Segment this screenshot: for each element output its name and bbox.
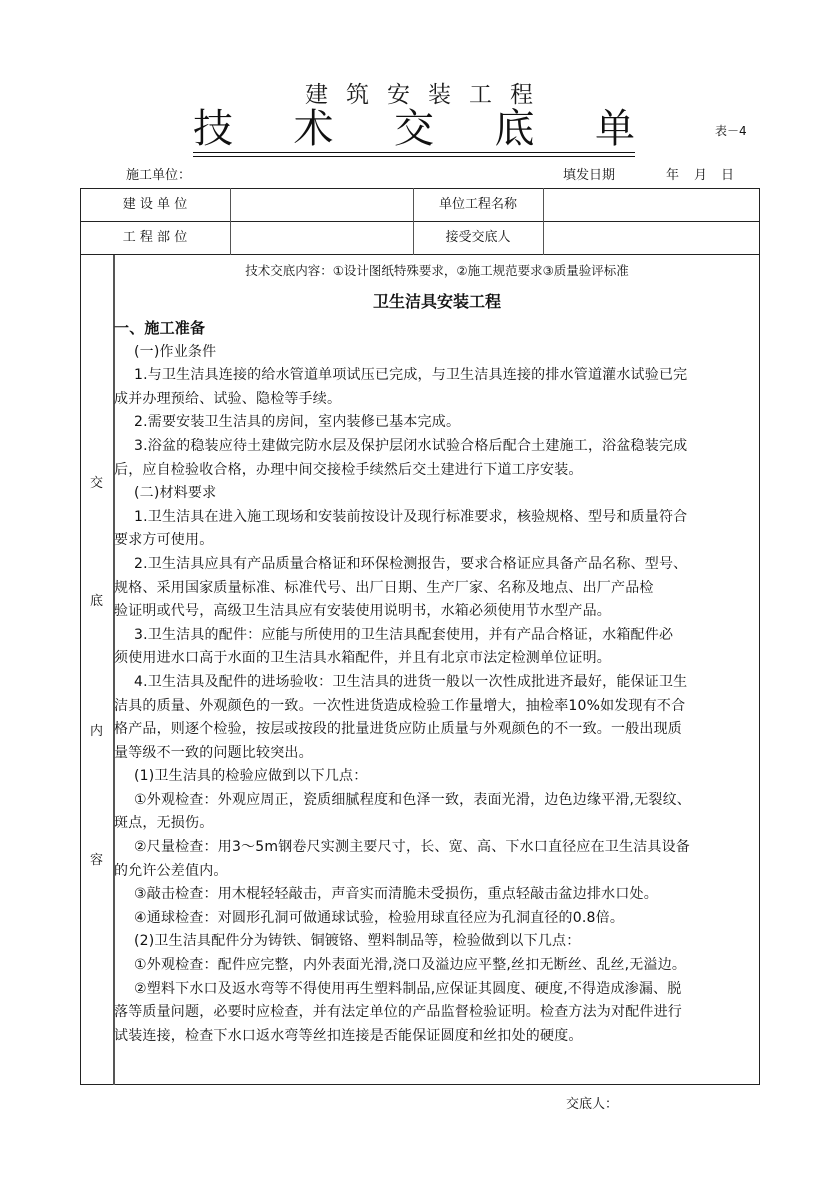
content-line: 3.浴盆的稳装应待土建做完防水层及保护层闭水试验合格后配合土建施工，浴盆稳装完成 (114, 435, 760, 459)
project-part-label: 工 程 部 位 (80, 221, 230, 255)
content-line: ②塑料下水口及返水弯等不得使用再生塑料制品,应保证其圆度、硬度,不得造成渗漏、脱 (114, 978, 760, 1002)
content-line: ④通球检查：对圆形孔洞可做通球试验，检验用球直径应为孔洞直径的0.8倍。 (114, 907, 760, 931)
side-label: 交 (80, 472, 113, 491)
construction-unit-label: 施工单位： (126, 164, 191, 183)
content-line: ①外观检查：外观应周正，瓷质细腻程度和色泽一致，表面光滑，边色边缘平滑,无裂纹、 (114, 789, 760, 813)
content-intro: 技术交底内容：①设计图纸特殊要求，②施工规范要求③质量验评标准 (114, 261, 760, 279)
content-line: 的允许公差值内。 (114, 860, 760, 884)
content-line: (二)材料要求 (114, 482, 760, 506)
side-label: 内 (80, 720, 113, 739)
document-title: 技 术 交 底 单 (193, 106, 635, 152)
content-line: 斑点，无损伤。 (114, 812, 760, 836)
title-underline (193, 152, 635, 153)
section-heading: 一、施工准备 (114, 317, 760, 341)
content-line: 须使用进水口高于水面的卫生洁具水箱配件，并且有北京市法定检测单位证明。 (114, 647, 760, 671)
project-name-value[interactable] (544, 188, 760, 222)
content-line: 1.与卫生洁具连接的给水管道单项试压已完成，与卫生洁具连接的排水管道灌水试验已完 (114, 364, 760, 388)
recipient-label: 接受交底人 (413, 221, 543, 255)
content-line: 2.需要安装卫生洁具的房间，室内装修已基本完成。 (114, 411, 760, 435)
content-line: 量等级不一致的问题比较突出。 (114, 742, 760, 766)
content-line: 成并办理预给、试验、隐检等手续。 (114, 388, 760, 412)
date-month: 月 (694, 164, 707, 183)
issue-date-label: 填发日期 (563, 164, 615, 183)
content-line: (2)卫生洁具配件分为铸铁、铜镀铬、塑料制品等，检验做到以下几点： (114, 930, 760, 954)
construction-unit-label: 建 设 单 位 (80, 188, 230, 222)
content-line: (一)作业条件 (114, 341, 760, 365)
project-name-label: 单位工程名称 (413, 188, 543, 222)
title-char: 交 (394, 106, 434, 152)
content-line: 1.卫生洁具在进入施工现场和安装前按设计及现行标准要求，核验规格、型号和质量符合 (114, 506, 760, 530)
date-day: 日 (721, 164, 734, 183)
content-line: ②尺量检查：用3～5m钢卷尺实测主要尺寸，长、宽、高、下水口直径应在卫生洁具设备 (114, 836, 760, 860)
content-title: 卫生洁具安装工程 (114, 289, 760, 312)
content-line: 试装连接，检查下水口返水弯等丝扣连接是否能保证圆度和丝扣处的硬度。 (114, 1025, 760, 1049)
content-line: 规格、采用国家质量标准、标准代号、出厂日期、生产厂家、名称及地点、出厂产品检 (114, 577, 760, 601)
side-label: 底 (80, 590, 113, 609)
title-underline (193, 156, 635, 157)
title-char: 技 (193, 106, 233, 152)
title-char: 单 (595, 106, 635, 152)
content-line: 后，应自检验收合格，办理中间交接检手续然后交土建进行下道工序安装。 (114, 459, 760, 483)
content-line: (1)卫生洁具的检验应做到以下几点： (114, 765, 760, 789)
date-year: 年 (666, 164, 679, 183)
content-line: 洁具的质量、外观颜色的一致。一次性进货造成检验工作量增大，抽检率10%如发现有不… (114, 695, 760, 719)
content-line: ③敲击检查：用木棍轻轻敲击，声音实而清脆未受损伤，重点轻敲击盆边排水口处。 (114, 883, 760, 907)
content-line: ①外观检查：配件应完整，内外表面光滑,浇口及溢边应平整,丝扣无断丝、乱丝,无溢边… (114, 954, 760, 978)
content-line: 落等质量问题，必要时应检查，并有法定单位的产品监督检验证明。检查方法为对配件进行 (114, 1001, 760, 1025)
content-line: 格产品，则逐个检验，按层或按段的批量进货应防止质量与外观颜色的不一致。一般出现质 (114, 718, 760, 742)
title-char: 术 (294, 106, 334, 152)
recipient-value[interactable] (544, 221, 760, 255)
signer-label: 交底人： (566, 1093, 618, 1112)
content-line: 2.卫生洁具应具有产品质量合格证和环保检测报告，要求合格证应具备产品名称、型号、 (114, 553, 760, 577)
content-line: 验证明或代号，高级卫生洁具应有安装使用说明书，水箱必须使用节水型产品。 (114, 600, 760, 624)
form-number: 表－4 (715, 122, 747, 139)
construction-unit-value[interactable] (231, 188, 413, 222)
content-line: 要求方可使用。 (114, 529, 760, 553)
title-char: 底 (495, 106, 535, 152)
document-subtitle: 建筑安装工程 (0, 76, 838, 109)
project-part-value[interactable] (231, 221, 413, 255)
content-line: 3.卫生洁具的配件：应能与所使用的卫生洁具配套使用，并有产品合格证，水箱配件必 (114, 624, 760, 648)
side-label: 容 (80, 849, 113, 868)
content-body: 一、施工准备(一)作业条件1.与卫生洁具连接的给水管道单项试压已完成，与卫生洁具… (114, 317, 760, 1048)
content-line: 4.卫生洁具及配件的进场验收：卫生洁具的进货一般以一次性成批进齐最好，能保证卫生 (114, 671, 760, 695)
